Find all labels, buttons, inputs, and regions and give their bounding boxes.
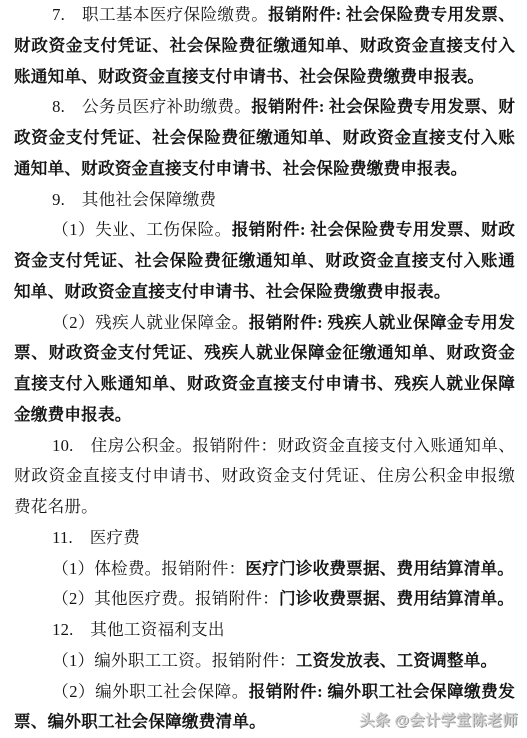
document-body: 7. 职工基本医疗保险缴费。报销附件: 社会保险费专用发票、财政资金支付凭证、社…: [0, 0, 527, 738]
text-run: （1）编外职工工资。报销附件：: [52, 651, 296, 670]
item-7-staff-basic-medical-insurance: 7. 职工基本医疗保险缴费。报销附件: 社会保险费专用发票、财政资金支付凭证、社…: [14, 0, 515, 92]
text-run: 9. 其他社会保障缴费: [52, 190, 216, 209]
item-8-civil-servant-medical-subsidy: 8. 公务员医疗补助缴费。报销附件: 社会保险费专用发票、财政资金支付凭证、社会…: [14, 92, 515, 184]
item-12-1-external-staff-salary: （1）编外职工工资。报销附件：工资发放表、工资调整单。: [14, 646, 515, 677]
item-9-other-social-security-heading: 9. 其他社会保障缴费: [14, 185, 515, 216]
item-12-other-salary-welfare-heading: 12. 其他工资福利支出: [14, 615, 515, 646]
text-run: 10. 住房公积金。报销附件：财政资金直接支付入账通知单、财政资金直接支付申请书…: [14, 436, 515, 517]
text-run: （1）体检费。报销附件：: [52, 559, 245, 578]
text-run: 11. 医疗费: [52, 528, 140, 547]
item-11-2-other-medical-fee: （2）其他医疗费。报销附件：门诊收费票据、费用结算清单。: [14, 584, 515, 615]
text-run: （2）残疾人就业保障金。: [52, 313, 249, 332]
item-10-housing-provident-fund: 10. 住房公积金。报销附件：财政资金直接支付入账通知单、财政资金直接支付申请书…: [14, 431, 515, 523]
text-run: 12. 其他工资福利支出: [52, 620, 225, 639]
text-run: 8. 公务员医疗补助缴费。: [52, 97, 251, 116]
text-run: （2）编外职工社会保障。: [52, 682, 249, 701]
text-run: 门诊收费票据、费用结算清单。: [279, 589, 514, 608]
item-11-1-physical-examination-fee: （1）体检费。报销附件：医疗门诊收费票据、费用结算清单。: [14, 554, 515, 585]
text-run: 7. 职工基本医疗保险缴费。: [52, 5, 268, 24]
watermark-handle: @会计学堂陈老师: [394, 712, 518, 729]
toutiao-logo: 头条: [359, 712, 390, 729]
document-page: 7. 职工基本医疗保险缴费。报销附件: 社会保险费专用发票、财政资金支付凭证、社…: [0, 0, 527, 738]
item-9-2-disabled-employment-security-fund: （2）残疾人就业保障金。报销附件: 残疾人就业保障金专用发票、财政资金支付凭证、…: [14, 308, 515, 431]
watermark: 头条@会计学堂陈老师: [359, 709, 518, 730]
text-run: （1）失业、工伤保险。: [52, 220, 232, 239]
text-run: 工资发放表、工资调整单。: [296, 651, 498, 670]
text-run: 医疗门诊收费票据、费用结算清单。: [245, 559, 514, 578]
text-run: （2）其他医疗费。报销附件：: [52, 589, 279, 608]
item-11-medical-expense-heading: 11. 医疗费: [14, 523, 515, 554]
item-9-1-unemployment-work-injury: （1）失业、工伤保险。报销附件: 社会保险费专用发票、财政资金支付凭证、社会保险…: [14, 215, 515, 307]
